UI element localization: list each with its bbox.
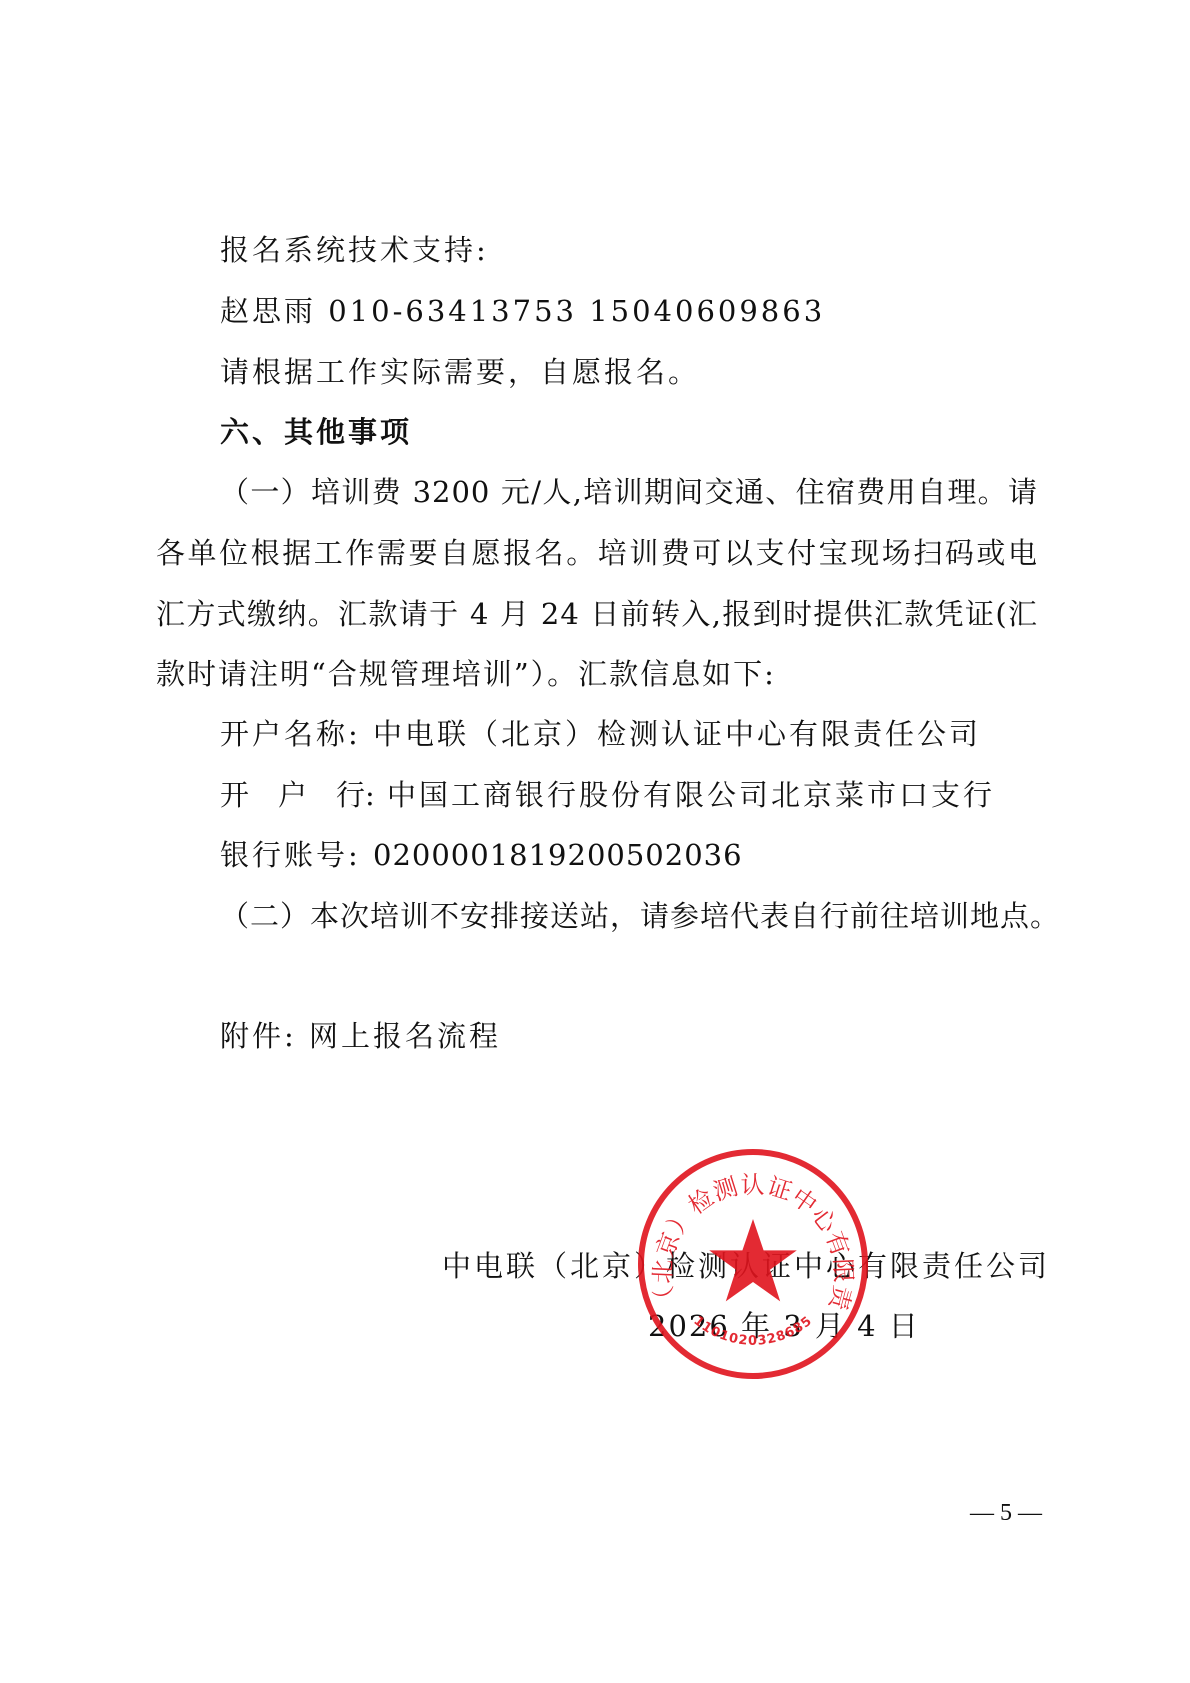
account-number-row: 银行账号: 0200001819200502036 xyxy=(220,837,743,873)
voluntary-note: 请根据工作实际需要，自愿报名。 xyxy=(220,354,700,390)
account-name-row: 开户名称: 中电联（北京）检测认证中心有限责任公司 xyxy=(220,716,981,752)
item1-line1: （一）培训费 3200 元/人,培训期间交通、住宿费用自理。请 xyxy=(220,474,1038,510)
seal-text: 中电联（北京）检测认证中心有限责任公司 xyxy=(636,1147,857,1315)
tech-support-label: 报名系统技术支持: xyxy=(220,232,489,268)
section-heading: 六、其他事项 xyxy=(220,414,412,450)
account-number-label: 银行账号: xyxy=(220,838,361,872)
item2-line: （二）本次培训不安排接送站，请参培代表自行前往培训地点。 xyxy=(220,898,1060,934)
signature-company: 中电联（北京）检测认证中心有限责任公司 xyxy=(442,1248,1050,1284)
page-number: — 5 — xyxy=(970,1500,1042,1527)
svg-text:中电联（北京）检测认证中心有限责任公司: 中电联（北京）检测认证中心有限责任公司 xyxy=(636,1147,857,1315)
account-name-value: 中电联（北京）检测认证中心有限责任公司 xyxy=(373,717,981,751)
signature-date: 2026 年 3 月 4 日 xyxy=(648,1308,920,1344)
attachment-label: 附件: xyxy=(220,1019,297,1053)
attachment-value: 网上报名流程 xyxy=(309,1019,501,1053)
bank-value: 中国工商银行股份有限公司北京菜市口支行 xyxy=(387,778,995,812)
account-number-value: 0200001819200502036 xyxy=(373,838,743,872)
bank-label: 开 户 行: xyxy=(220,778,375,812)
item1-line2: 各单位根据工作需要自愿报名。培训费可以支付宝现场扫码或电 xyxy=(156,535,1038,571)
account-name-label: 开户名称: xyxy=(220,717,361,751)
item1-line3: 汇方式缴纳。汇款请于 4 月 24 日前转入,报到时提供汇款凭证(汇 xyxy=(156,596,1038,632)
item1-line4: 款时请注明“合规管理培训”）。汇款信息如下: xyxy=(156,656,776,692)
attachment-row: 附件: 网上报名流程 xyxy=(220,1018,501,1054)
tech-support-contact: 赵思雨 010-63413753 15040609863 xyxy=(220,293,825,329)
bank-row: 开 户 行: 中国工商银行股份有限公司北京菜市口支行 xyxy=(220,777,995,813)
